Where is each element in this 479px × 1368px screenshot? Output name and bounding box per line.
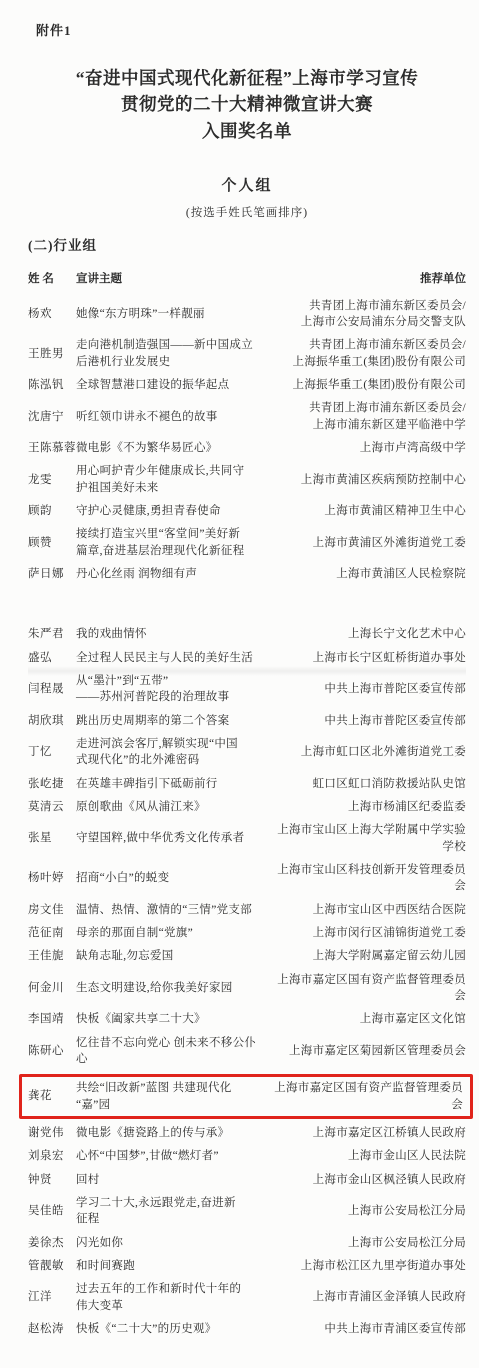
- table-row: 江洋 过去五年的工作和新时代十年的 伟大变革 上海市青浦区金泽镇人民政府: [28, 1281, 466, 1314]
- document-page: 附件1 “奋进中国式现代化新征程”上海市学习宣传 贯彻党的二十大精神微宣讲大赛 …: [0, 0, 479, 1368]
- table-row: 莫清云 原创歌曲《风从浦江来》 上海市杨浦区纪委监委: [28, 799, 466, 815]
- speech-topic: 走进河滨会客厅,解锁实现“中国 式现代化”的北外滩密码: [76, 736, 266, 769]
- speech-topic: 快板《阖家共享二十大》: [76, 1011, 266, 1027]
- speech-topic: 忆往昔不忘向党心 创未来不移公仆心: [76, 1035, 266, 1068]
- contestant-name: 莫清云: [28, 799, 76, 815]
- section-title: (二)行业组: [28, 234, 466, 254]
- speech-topic: 她像“东方明珠”一样靓丽: [76, 306, 266, 322]
- recommending-unit: 上海市松江区九里亭街道办事处: [266, 1258, 466, 1274]
- speech-topic: 从“墨汁”到“五带” ——苏州河普陀段的治理故事: [76, 673, 266, 706]
- recommending-unit: 上海市公安局松江分局: [266, 1203, 466, 1219]
- contestant-name: 江洋: [28, 1289, 76, 1305]
- recommending-unit: 上海市嘉定区国有资产监督管理委员会: [266, 972, 466, 1005]
- speech-topic: 微电影《搪瓷路上的传与承》: [76, 1125, 266, 1141]
- table-row: 顾韵 守护心灵健康,勇担青春使命 上海市黄浦区精神卫生中心: [28, 503, 466, 519]
- table-row: 赵松涛 快板《“二十大”的历史观》 中共上海市青浦区委宣传部: [28, 1321, 466, 1337]
- recommending-unit: 上海市虹口区北外滩街道党工委: [266, 744, 466, 760]
- speech-topic: 听红领巾讲永不褪色的故事: [76, 409, 266, 425]
- contestant-name: 张屹捷: [28, 776, 76, 792]
- recommending-unit: 共青团上海市浦东新区委员会/ 上海市浦东新区建平临港中学: [266, 400, 466, 433]
- recommending-unit: 上海市青浦区金泽镇人民政府: [266, 1289, 466, 1305]
- table-row: 王陈慕蓉 微电影《不为繁华易匠心》 上海市卢湾高级中学: [28, 440, 466, 456]
- speech-topic: 跳出历史周期率的第二个答案: [76, 713, 266, 729]
- recommending-unit: 中共上海市普陀区委宣传部: [266, 681, 466, 697]
- table-row: 朱严君 我的戏曲情怀 上海长宁文化艺术中心: [28, 626, 466, 642]
- table-row: 陈泓钒 全球智慧港口建设的振华起点 上海振华重工(集团)股份有限公司: [28, 377, 466, 393]
- contestant-name: 龙雯: [28, 472, 76, 488]
- contestant-name: 张星: [28, 830, 76, 846]
- contestant-name: 李国靖: [28, 1011, 76, 1027]
- contestant-name: 吴佳皓: [28, 1203, 76, 1219]
- table-row: 盛弘 全过程人民民主与人民的美好生活 上海市长宁区虹桥街道办事处: [28, 650, 466, 666]
- recommending-unit: 上海市嘉定区菊园新区管理委员会: [266, 1043, 466, 1059]
- speech-topic: 用心呵护青少年健康成长,共同守 护祖国美好未来: [76, 463, 266, 496]
- table-row: 张星 守望国粹,做中华优秀文化传承者 上海市宝山区上海大学附属中学实验学校: [28, 822, 466, 855]
- contestant-name: 顾韵: [28, 503, 76, 519]
- recommending-unit: 上海市闵行区浦锦街道党工委: [266, 925, 466, 941]
- speech-topic: 母亲的那面自制“党旗”: [76, 925, 266, 941]
- contestant-name: 盛弘: [28, 650, 76, 666]
- column-header-unit: 推荐单位: [266, 264, 466, 286]
- attachment-label: 附件1: [36, 20, 466, 39]
- table-row: 顾赞 接续打造宝兴里“客堂间”美好新 篇章,奋进基层治理现代化新征程 上海市黄浦…: [28, 526, 466, 559]
- contestant-name: 龚花: [28, 1088, 76, 1104]
- table-row: 姜徐杰 闪光如你 上海市公安局松江分局: [28, 1235, 466, 1251]
- contestant-name: 管靓敏: [28, 1258, 76, 1274]
- recommending-unit: 上海市黄浦区疾病预防控制中心: [266, 472, 466, 488]
- table-row: 钟贤 回村 上海市金山区枫泾镇人民政府: [28, 1172, 466, 1188]
- table-row: 李国靖 快板《阖家共享二十大》 上海市嘉定区文化馆: [28, 1011, 466, 1027]
- recommending-unit: 上海市金山区人民法院: [266, 1148, 466, 1164]
- table-row: 房文佳 温情、热情、激情的“三情”党支部 上海市宝山区中西医结合医院: [28, 902, 466, 918]
- speech-topic: 走向港机制造强国——新中国成立 后港机行业发展史: [76, 337, 266, 370]
- table-row: 沈唐宁 听红领巾讲永不褪色的故事 共青团上海市浦东新区委员会/ 上海市浦东新区建…: [28, 400, 466, 433]
- recommending-unit: 上海长宁文化艺术中心: [266, 626, 466, 642]
- table-row: 龙雯 用心呵护青少年健康成长,共同守 护祖国美好未来 上海市黄浦区疾病预防控制中…: [28, 463, 466, 496]
- contestant-name: 房文佳: [28, 902, 76, 918]
- group-title: 个人组: [28, 174, 466, 195]
- contestant-name: 王陈慕蓉: [28, 440, 76, 456]
- contestant-name: 王佳旎: [28, 948, 76, 964]
- recommending-unit: 上海市嘉定区文化馆: [266, 1011, 466, 1027]
- speech-topic: 微电影《不为繁华易匠心》: [76, 440, 266, 456]
- column-header-name: 姓 名: [28, 270, 76, 286]
- contestant-name: 谢党伟: [28, 1125, 76, 1141]
- title-line-3: 入围奖名单: [28, 118, 466, 144]
- table-row: 胡欣琪 跳出历史周期率的第二个答案 中共上海市普陀区委宣传部: [28, 713, 466, 729]
- contestant-name: 王胜男: [28, 346, 76, 362]
- contestant-name: 陈泓钒: [28, 377, 76, 393]
- recommending-unit: 上海市卢湾高级中学: [266, 440, 466, 456]
- recommending-unit: 虹口区虹口消防救援站队史馆: [266, 776, 466, 792]
- recommending-unit: 上海市黄浦区精神卫生中心: [266, 503, 466, 519]
- speech-topic: 快板《“二十大”的历史观》: [76, 1321, 266, 1337]
- contestant-name: 朱严君: [28, 626, 76, 642]
- table-rows: 杨欢 她像“东方明珠”一样靓丽 共青团上海市浦东新区委员会/ 上海市公安局浦东分…: [28, 298, 466, 1337]
- sort-note: (按选手姓氏笔画排序): [28, 204, 466, 220]
- table-row: 闫程晟 从“墨汁”到“五带” ——苏州河普陀段的治理故事 中共上海市普陀区委宣传…: [28, 673, 466, 706]
- recommending-unit: 上海振华重工(集团)股份有限公司: [266, 377, 466, 393]
- speech-topic: 全球智慧港口建设的振华起点: [76, 377, 266, 393]
- table-row-highlighted: 龚花 共绘“旧改新”蓝图 共建现代化 “嘉”园 上海市嘉定区国有资产监督管理委员…: [19, 1074, 473, 1119]
- recommending-unit: 上海市嘉定区江桥镇人民政府: [266, 1125, 466, 1141]
- recommending-unit: 共青团上海市浦东新区委员会/ 上海振华重工(集团)股份有限公司: [266, 337, 466, 370]
- contestant-name: 杨叶婷: [28, 870, 76, 886]
- contestant-name: 杨欢: [28, 306, 76, 322]
- speech-topic: 共绘“旧改新”蓝图 共建现代化 “嘉”园: [76, 1080, 266, 1113]
- table-row: 萨日娜 丹心化丝雨 润物细有声 上海市黄浦区人民检察院: [28, 566, 466, 582]
- recommending-unit: 上海市黄浦区人民检察院: [266, 566, 466, 582]
- table-row: 张屹捷 在英雄丰碑指引下砥砺前行 虹口区虹口消防救援站队史馆: [28, 776, 466, 792]
- contestant-name: 钟贤: [28, 1172, 76, 1188]
- contestant-name: 姜徐杰: [28, 1235, 76, 1251]
- title-line-2: 贯彻党的二十大精神微宣讲大赛: [28, 91, 466, 117]
- contestant-name: 萨日娜: [28, 566, 76, 582]
- table-row: 刘泉宏 心怀“中国梦”,甘做“燃灯者” 上海市金山区人民法院: [28, 1148, 466, 1164]
- contestant-name: 沈唐宁: [28, 409, 76, 425]
- speech-topic: 丹心化丝雨 润物细有声: [76, 566, 266, 582]
- table-row: 谢党伟 微电影《搪瓷路上的传与承》 上海市嘉定区江桥镇人民政府: [28, 1125, 466, 1141]
- speech-topic: 学习二十大,永远跟党走,奋进新 征程: [76, 1195, 266, 1228]
- speech-topic: 我的戏曲情怀: [76, 626, 266, 642]
- speech-topic: 缺角志耻,勿忘爱国: [76, 948, 266, 964]
- contestant-name: 丁忆: [28, 744, 76, 760]
- speech-topic: 全过程人民民主与人民的美好生活: [76, 650, 266, 666]
- table-row: 王佳旎 缺角志耻,勿忘爱国 上海大学附属嘉定留云幼儿园: [28, 948, 466, 964]
- table-row: 王胜男 走向港机制造强国——新中国成立 后港机行业发展史 共青团上海市浦东新区委…: [28, 337, 466, 370]
- table-row: 吴佳皓 学习二十大,永远跟党走,奋进新 征程 上海市公安局松江分局: [28, 1195, 466, 1228]
- contestant-name: 刘泉宏: [28, 1148, 76, 1164]
- recommending-unit: 上海市黄浦区外滩街道党工委: [266, 535, 466, 551]
- table-row: 陈研心 忆往昔不忘向党心 创未来不移公仆心 上海市嘉定区菊园新区管理委员会: [28, 1035, 466, 1068]
- table-row: 杨叶婷 招商“小白”的蜕变 上海市宝山区科技创新开发管理委员会: [28, 862, 466, 895]
- speech-topic: 温情、热情、激情的“三情”党支部: [76, 902, 266, 918]
- table-row: 何金川 生态文明建设,给你我美好家园 上海市嘉定区国有资产监督管理委员会: [28, 972, 466, 1005]
- table-row: 范征南 母亲的那面自制“党旗” 上海市闵行区浦锦街道党工委: [28, 925, 466, 941]
- recommending-unit: 中共上海市普陀区委宣传部: [266, 713, 466, 729]
- column-header-topic: 宣讲主题: [76, 270, 266, 286]
- speech-topic: 过去五年的工作和新时代十年的 伟大变革: [76, 1281, 266, 1314]
- speech-topic: 守望国粹,做中华优秀文化传承者: [76, 830, 266, 846]
- recommending-unit: 上海市宝山区中西医结合医院: [266, 902, 466, 918]
- contestant-name: 何金川: [28, 980, 76, 996]
- speech-topic: 接续打造宝兴里“客堂间”美好新 篇章,奋进基层治理现代化新征程: [76, 526, 266, 559]
- contestant-name: 陈研心: [28, 1043, 76, 1059]
- speech-topic: 招商“小白”的蜕变: [76, 870, 266, 886]
- speech-topic: 生态文明建设,给你我美好家园: [76, 980, 266, 996]
- speech-topic: 和时间赛跑: [76, 1258, 266, 1274]
- recommending-unit: 上海市杨浦区纪委监委: [266, 799, 466, 815]
- table-row: 管靓敏 和时间赛跑 上海市松江区九里亭街道办事处: [28, 1258, 466, 1274]
- table-row: 丁忆 走进河滨会客厅,解锁实现“中国 式现代化”的北外滩密码 上海市虹口区北外滩…: [28, 736, 466, 769]
- speech-topic: 守护心灵健康,勇担青春使命: [76, 503, 266, 519]
- document-title: “奋进中国式现代化新征程”上海市学习宣传 贯彻党的二十大精神微宣讲大赛 入围奖名…: [28, 65, 466, 144]
- recommending-unit: 上海市长宁区虹桥街道办事处: [266, 650, 466, 666]
- speech-topic: 心怀“中国梦”,甘做“燃灯者”: [76, 1148, 266, 1164]
- speech-topic: 闪光如你: [76, 1235, 266, 1251]
- recommending-unit: 上海市宝山区上海大学附属中学实验学校: [266, 822, 466, 855]
- contestant-name: 赵松涛: [28, 1321, 76, 1337]
- contestant-name: 闫程晟: [28, 681, 76, 697]
- contestant-name: 范征南: [28, 925, 76, 941]
- recommending-unit: 上海市宝山区科技创新开发管理委员会: [266, 862, 466, 895]
- recommending-unit: 上海市公安局松江分局: [266, 1235, 466, 1251]
- contestant-name: 胡欣琪: [28, 713, 76, 729]
- speech-topic: 回村: [76, 1172, 266, 1188]
- recommending-unit: 共青团上海市浦东新区委员会/ 上海市公安局浦东分局交警支队: [266, 298, 466, 331]
- table-row: 杨欢 她像“东方明珠”一样靓丽 共青团上海市浦东新区委员会/ 上海市公安局浦东分…: [28, 298, 466, 331]
- speech-topic: 原创歌曲《风从浦江来》: [76, 799, 266, 815]
- table-header: 姓 名 宣讲主题 推荐单位: [28, 264, 466, 286]
- speech-topic: 在英雄丰碑指引下砥砺前行: [76, 776, 266, 792]
- recommending-unit: 上海市嘉定区国有资产监督管理委员会: [266, 1080, 463, 1113]
- title-line-1: “奋进中国式现代化新征程”上海市学习宣传: [28, 65, 466, 91]
- contestant-name: 顾赞: [28, 535, 76, 551]
- recommending-unit: 上海市金山区枫泾镇人民政府: [266, 1172, 466, 1188]
- recommending-unit: 中共上海市青浦区委宣传部: [266, 1321, 466, 1337]
- recommending-unit: 上海大学附属嘉定留云幼儿园: [266, 948, 466, 964]
